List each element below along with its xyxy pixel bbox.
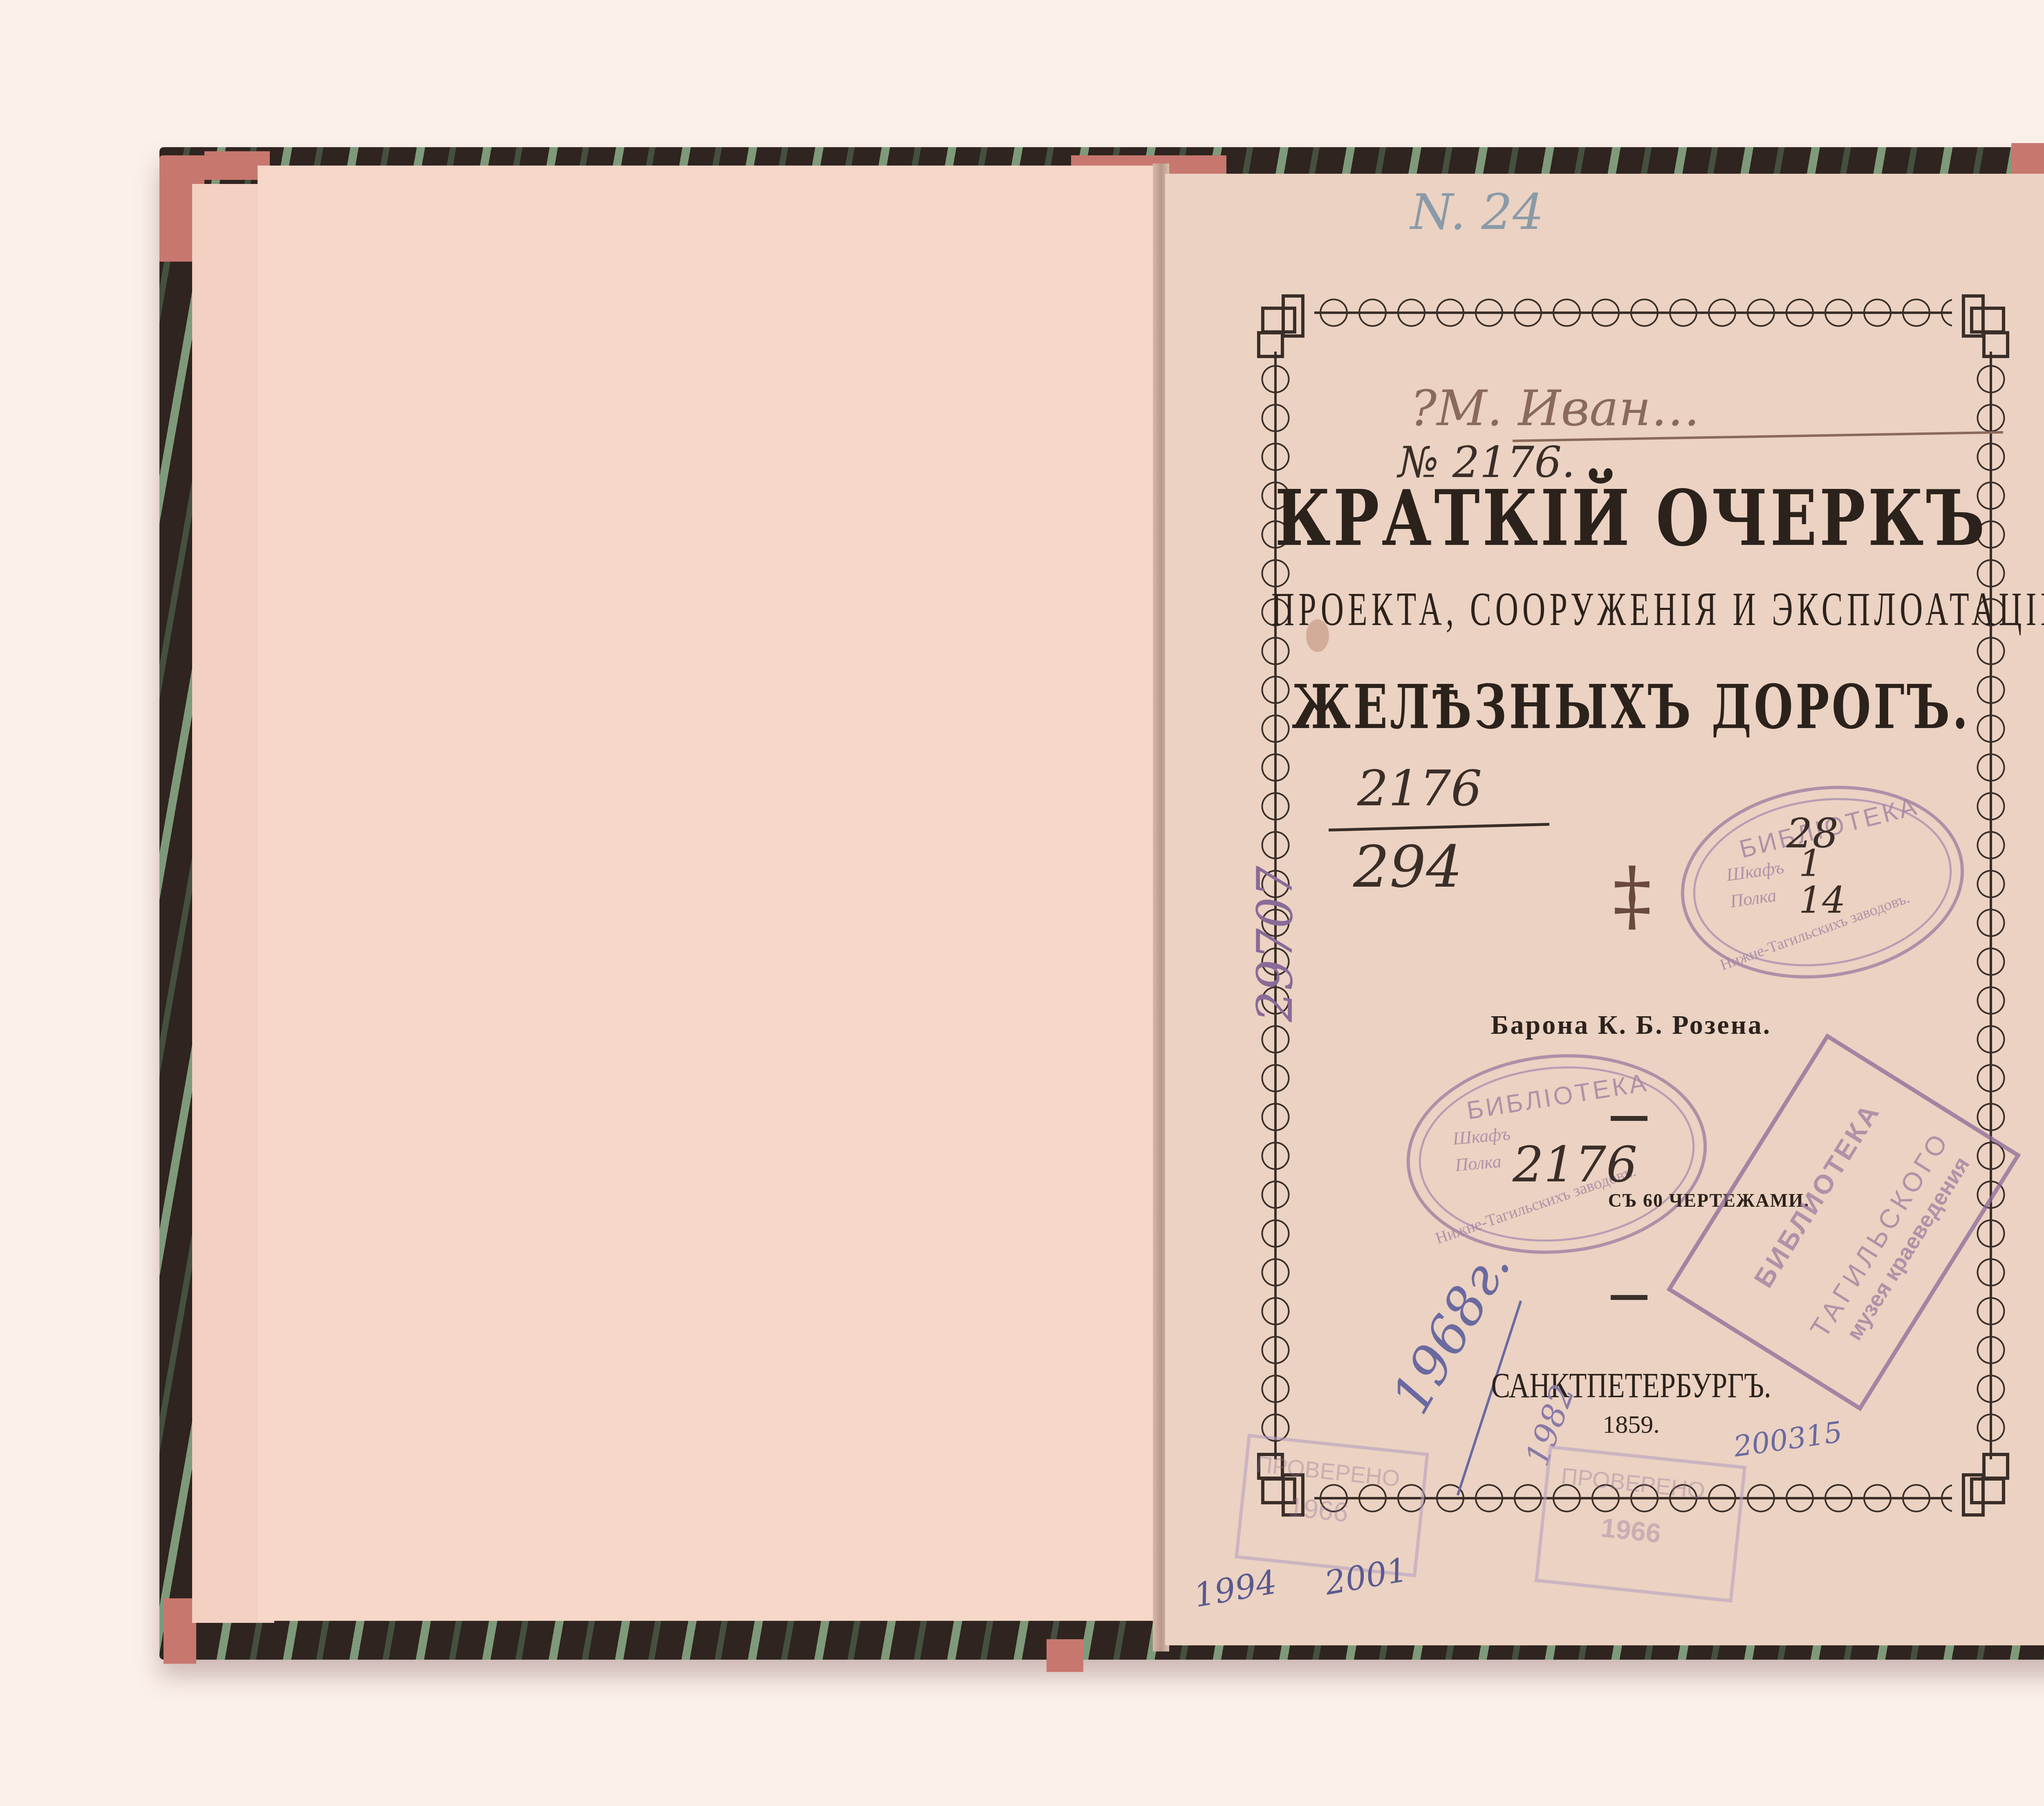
fraction-top-number: 2176 [1357, 760, 1482, 817]
inspection-stamp-1-label: ПРОВЕРЕНО [1255, 1450, 1401, 1492]
flyleaf-blank-page [258, 166, 1157, 1621]
inspection-stamp-1966-right: ПРОВЕРЕНО 1966 [1535, 1445, 1746, 1603]
frame-corner-ornament-tl [1253, 290, 1322, 360]
shelfmark-pencil: N. 24 [1410, 184, 1544, 241]
inspection-stamp-2-label: ПРОВЕРЕНО [1560, 1462, 1706, 1504]
imprint-year: 1859. [1271, 1410, 1991, 1439]
book-author: Барона К. Б. Розена. [1271, 1010, 1991, 1041]
separator-dash [1611, 1295, 1647, 1300]
inspection-stamp-1-year: 1966 [1287, 1491, 1350, 1528]
book-subtitle-line2: ЖЕЛѢЗНЫХЪ ДОРОГЪ. [1271, 671, 1991, 742]
cover-corner-bottom-left [164, 1598, 196, 1664]
stamp-right-handwritten-14: 14 [1799, 879, 1846, 922]
book-subtitle-line1: ПРОЕКТА, СООРУЖЕНІЯ И ЭКСПЛОАТАЦІИ [1271, 582, 1991, 637]
book-title: КРАТКІЙ ОЧЕРКЪ [1271, 473, 1991, 563]
owner-signature: ?М. Иван… [1410, 380, 1700, 437]
frame-top-rule [1314, 311, 1952, 314]
cross-mark: ‡ [1613, 850, 1652, 941]
fraction-bottom-number: 294 [1353, 834, 1462, 901]
imprint-place: САНКТПЕТЕРБУРГЪ. [1271, 1365, 1991, 1406]
cover-corner-bottom-spine [1047, 1639, 1083, 1672]
stamp-left-handwritten-2176: 2176 [1513, 1136, 1637, 1193]
stamp-left-dash [1611, 1116, 1647, 1121]
stamp-left-line2: Полка [1454, 1151, 1502, 1176]
inspection-stamp-2-year: 1966 [1600, 1512, 1663, 1549]
vertical-inventory-number: 29707 [1247, 866, 1304, 1022]
frame-corner-ornament-br [1944, 1451, 2013, 1521]
frame-corner-ornament-tr [1944, 290, 2013, 360]
